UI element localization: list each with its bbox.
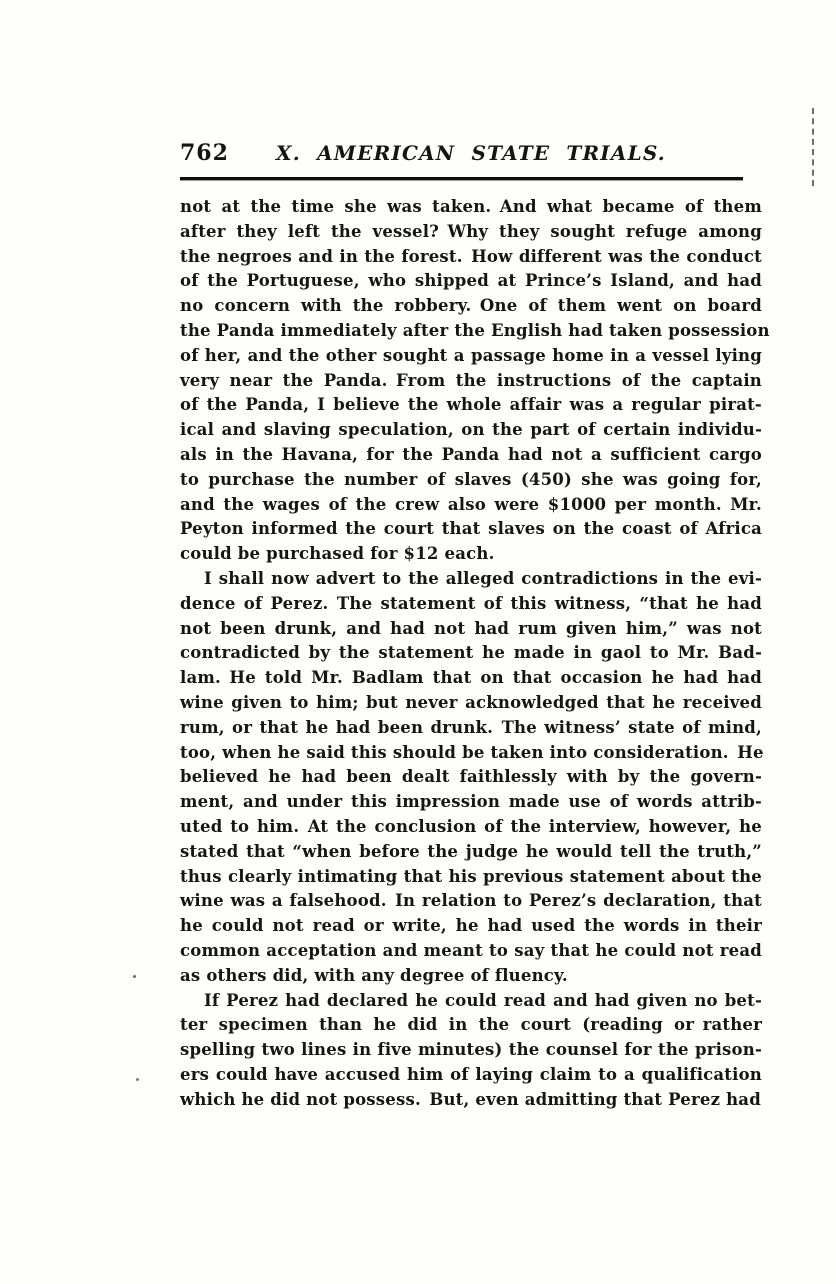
text-line: could be purchased for $12 each.: [180, 542, 762, 567]
text-line: als in the Havana, for the Panda had not…: [180, 443, 762, 468]
paragraph: If Perez had declared he could read and …: [180, 989, 762, 1113]
paragraph: not at the time she was taken. And what …: [180, 195, 762, 567]
text-line: ical and slaving speculation, on the par…: [180, 418, 762, 443]
text-line: wine was a falsehood. In relation to Per…: [180, 889, 762, 914]
text-line: Peyton informed the court that slaves on…: [180, 517, 762, 542]
text-line: If Perez had declared he could read and …: [180, 989, 762, 1014]
text-line: of the Panda, I believe the whole affair…: [180, 393, 762, 418]
text-line: as others did, with any degree of fluenc…: [180, 964, 762, 989]
book-page: 762 X. AMERICAN STATE TRIALS. not at the…: [0, 0, 836, 1284]
text-line: ers could have accused him of laying cla…: [180, 1063, 762, 1088]
text-line: ter specimen than he did in the court (r…: [180, 1013, 762, 1038]
text-line: spelling two lines in five minutes) the …: [180, 1038, 762, 1063]
text-line: uted to him. At the conclusion of the in…: [180, 815, 762, 840]
text-column: 762 X. AMERICAN STATE TRIALS. not at the…: [180, 140, 762, 1112]
page-header: 762 X. AMERICAN STATE TRIALS.: [180, 140, 762, 174]
text-line: after they left the vessel? Why they sou…: [180, 220, 762, 245]
text-line: which he did not possess. But, even admi…: [180, 1088, 762, 1113]
text-line: I shall now advert to the alleged contra…: [180, 567, 762, 592]
running-title: X. AMERICAN STATE TRIALS.: [220, 141, 722, 165]
text-line: lam. He told Mr. Badlam that on that occ…: [180, 666, 762, 691]
text-line: the Panda immediately after the English …: [180, 319, 762, 344]
text-line: not been drunk, and had not had rum give…: [180, 617, 762, 642]
text-line: of the Portuguese, who shipped at Prince…: [180, 269, 762, 294]
text-line: ment, and under this impression made use…: [180, 790, 762, 815]
text-line: dence of Perez. The statement of this wi…: [180, 592, 762, 617]
text-line: stated that “when before the judge he wo…: [180, 840, 762, 865]
paragraph: I shall now advert to the alleged contra…: [180, 567, 762, 989]
text-line: he could not read or write, he had used …: [180, 914, 762, 939]
text-line: wine given to him; but never acknowledge…: [180, 691, 762, 716]
text-line: rum, or that he had been drunk. The witn…: [180, 716, 762, 741]
text-line: of her, and the other sought a passage h…: [180, 344, 762, 369]
text-line: believed he had been dealt faithlessly w…: [180, 765, 762, 790]
text-line: no concern with the robbery. One of them…: [180, 294, 762, 319]
text-line: very near the Panda. From the instructio…: [180, 369, 762, 394]
scan-artifact-dot: [133, 975, 136, 978]
text-line: common acceptation and meant to say that…: [180, 939, 762, 964]
scan-artifact-right-edge: [812, 108, 814, 186]
scan-artifact-dot: [136, 1078, 139, 1081]
text-line: to purchase the number of slaves (450) s…: [180, 468, 762, 493]
text-line: not at the time she was taken. And what …: [180, 195, 762, 220]
text-line: the negroes and in the forest. How diffe…: [180, 245, 762, 270]
text-line: too, when he said this should be taken i…: [180, 741, 762, 766]
page-body: not at the time she was taken. And what …: [180, 195, 762, 1112]
text-line: thus clearly intimating that his previou…: [180, 865, 762, 890]
text-line: contradicted by the statement he made in…: [180, 641, 762, 666]
header-rule: [180, 177, 743, 180]
text-line: and the wages of the crew also were $100…: [180, 493, 762, 518]
